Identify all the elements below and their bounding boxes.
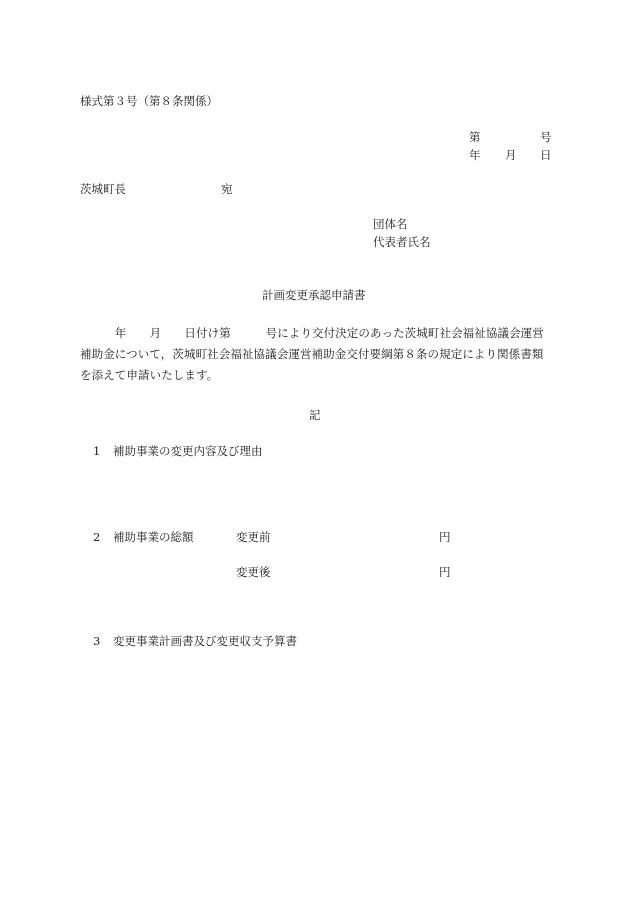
amount-before-yen: 円 [439, 532, 451, 544]
representative-name-label: 代表者氏名 [373, 237, 431, 249]
date-month: 月 [505, 150, 517, 162]
item-2-number: 2 [93, 532, 100, 544]
body-line-1: 年 月 日付け第 号により交付決定のあった茨城町社会福祉協議会運営 [80, 323, 554, 344]
date-day: 日 [540, 150, 552, 162]
body-line-3: を添えて申請いたします。 [80, 365, 554, 386]
amount-before-label: 変更前 [236, 532, 271, 544]
reference-dai: 第 [469, 132, 481, 144]
reference-gou: 号 [540, 132, 552, 144]
item-1-label: 補助事業の変更内容及び理由 [113, 446, 263, 458]
ki-heading: 記 [309, 410, 321, 422]
item-2-label: 補助事業の総額 [113, 532, 194, 544]
document-title: 計画変更承認申請書 [262, 290, 366, 302]
form-number: 様式第３号（第８条関係） [80, 96, 218, 108]
body-paragraph: 年 月 日付け第 号により交付決定のあった茨城町社会福祉協議会運営 補助金につい… [80, 323, 554, 386]
body-line-2: 補助金について，茨城町社会福祉協議会運営補助金交付要綱第８条の規定により関係書類 [80, 344, 554, 365]
item-3-number: 3 [93, 636, 100, 648]
addressee-honorific: 宛 [221, 184, 233, 196]
amount-after-label: 変更後 [236, 567, 271, 579]
item-1-number: 1 [93, 446, 100, 458]
amount-after-yen: 円 [439, 567, 451, 579]
addressee-name: 茨城町長 [80, 184, 126, 196]
item-3-label: 変更事業計画書及び変更収支予算書 [113, 636, 297, 648]
date-year: 年 [469, 150, 481, 162]
org-name-label: 団体名 [373, 219, 408, 231]
